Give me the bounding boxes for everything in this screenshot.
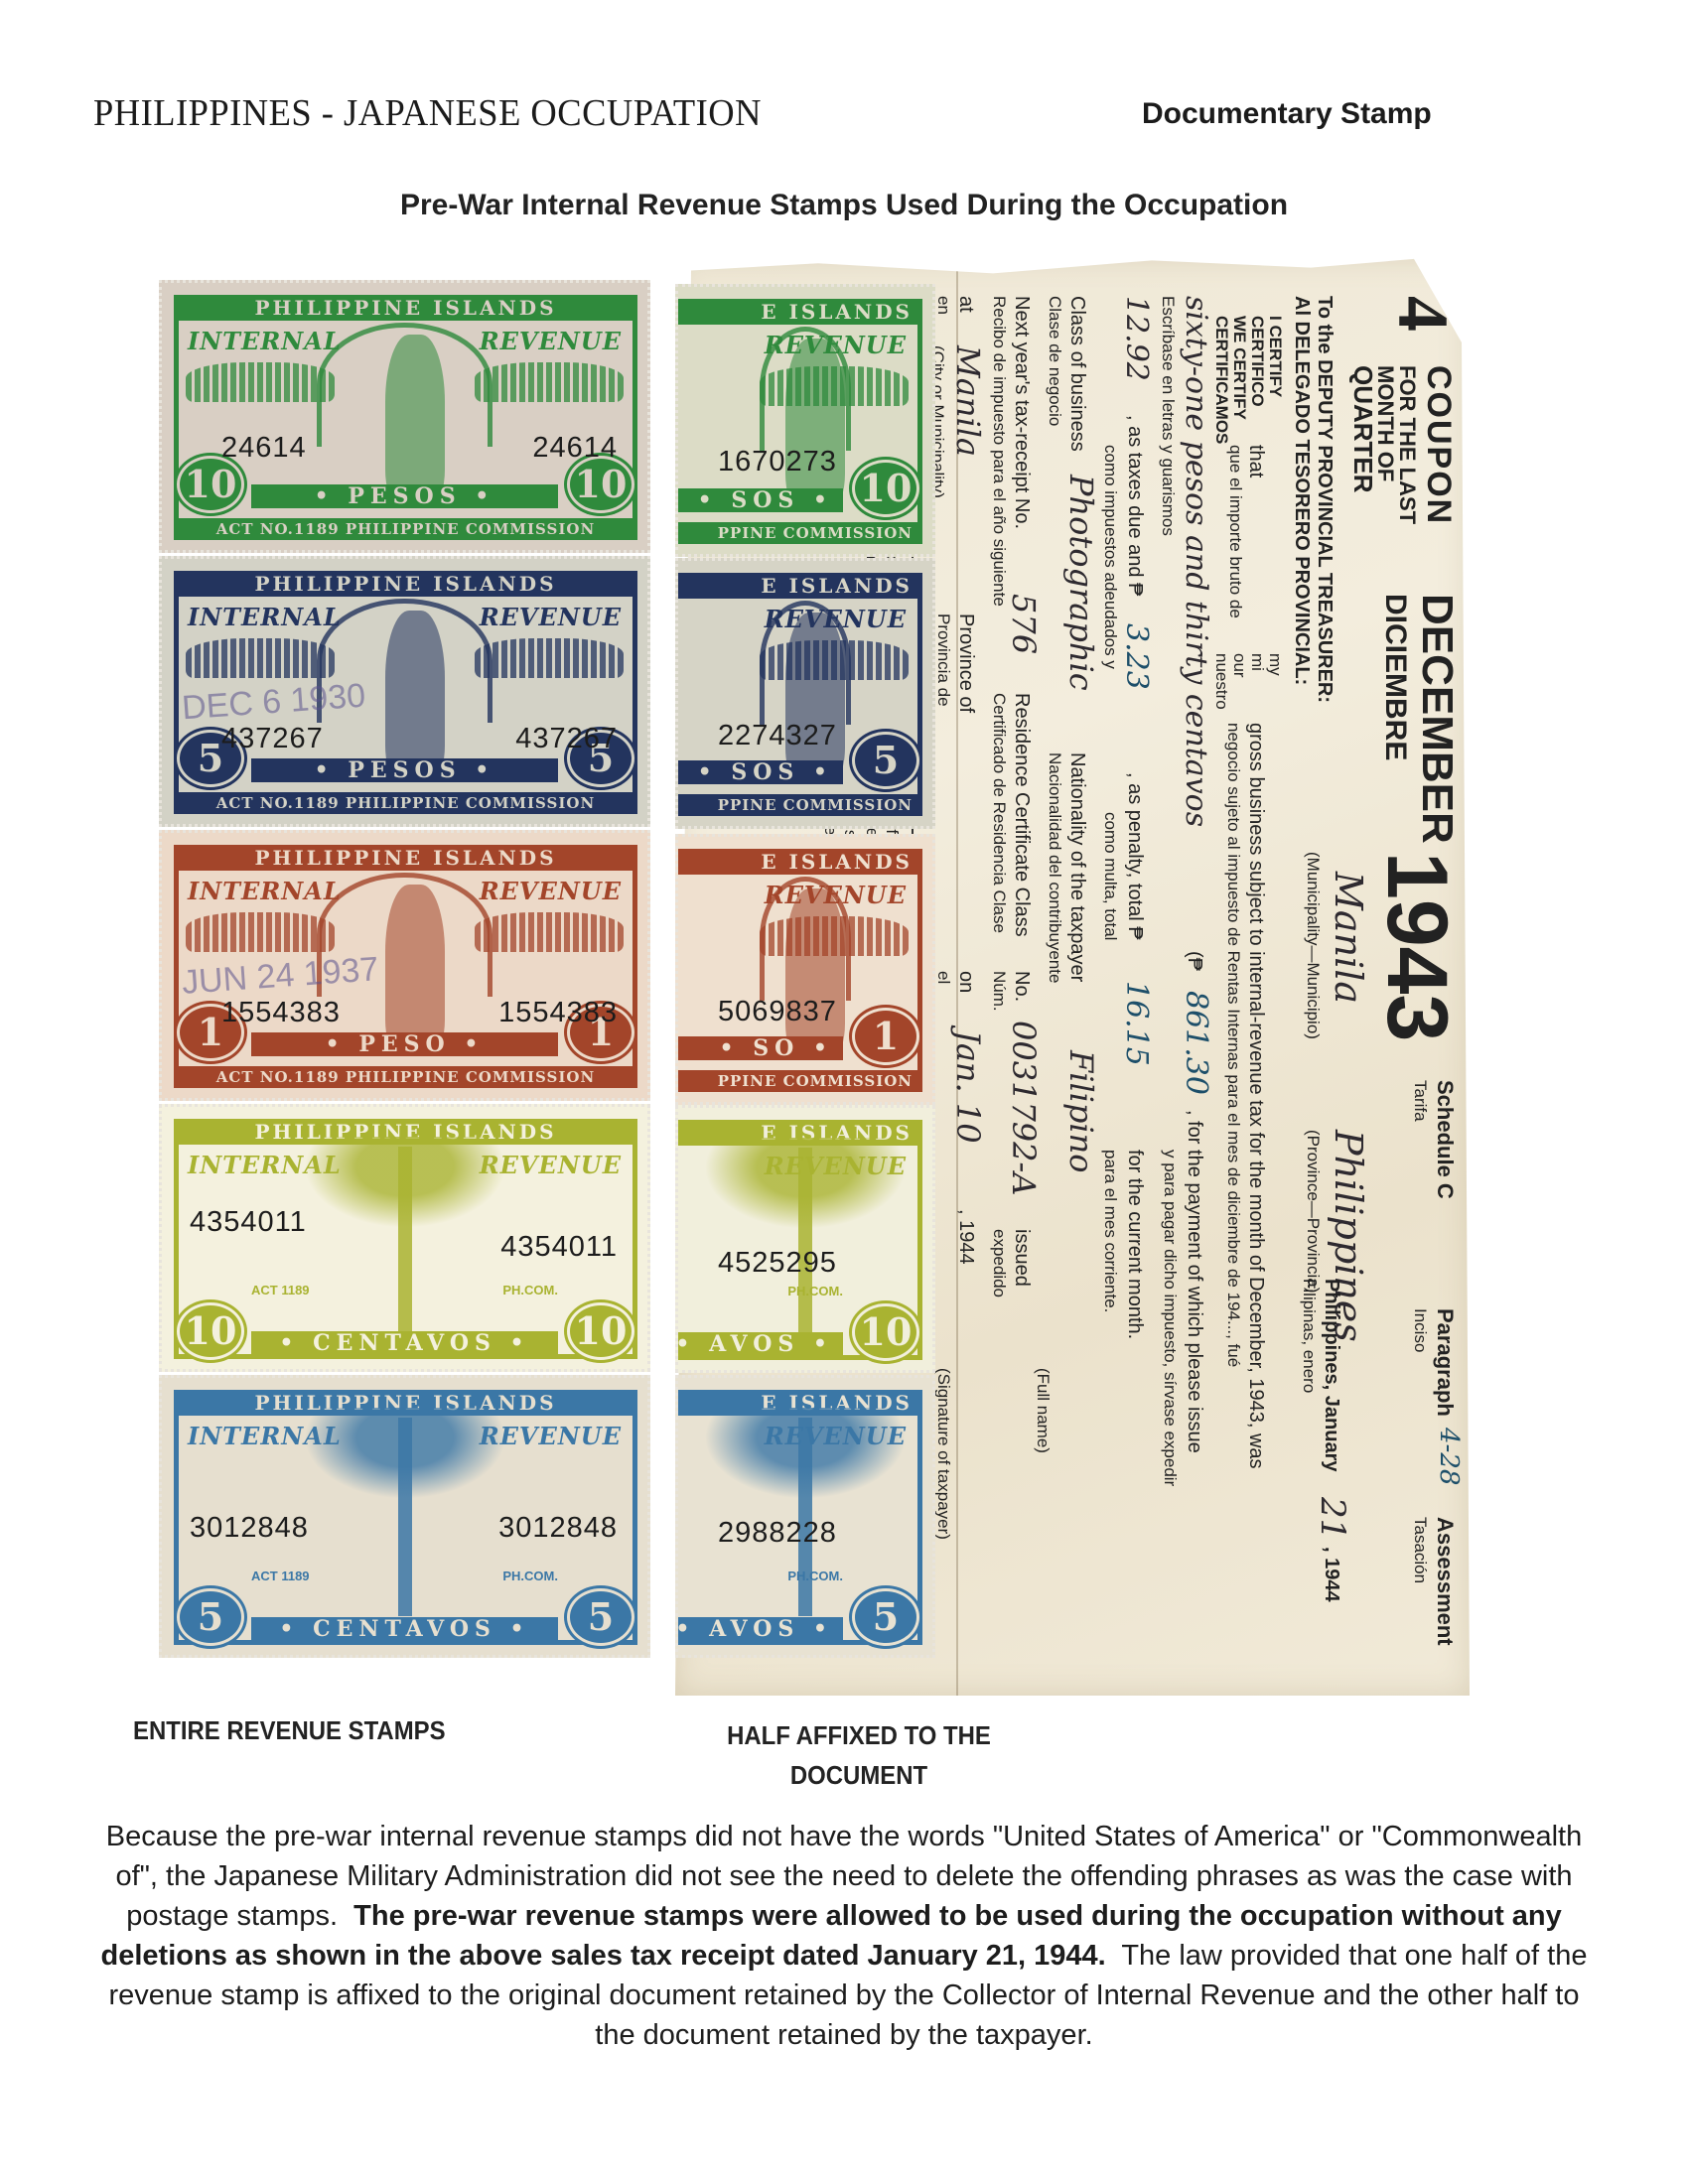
schedule-label: Schedule C — [1432, 1080, 1458, 1199]
eagle-icon — [186, 912, 335, 952]
provincia-de-label: Provincia de — [933, 614, 953, 707]
class-business-label: Class of business — [1065, 296, 1088, 452]
entire-stamp-3: PHILIPPINE ISLANDSINTERNALREVENUEACT NO.… — [159, 830, 650, 1101]
stamp-top-legend: E ISLANDS — [675, 849, 922, 875]
tarifa-label: Tarifa — [1410, 1080, 1430, 1122]
que-label: que el importe bruto de — [1225, 445, 1245, 618]
denomination-right: 5 — [855, 1591, 916, 1643]
nacionalidad-label: Nacionalidad del contribuyente — [1045, 752, 1064, 984]
stamp-top-legend: E ISLANDS — [675, 299, 922, 325]
internal-label: INTERNAL — [188, 327, 342, 355]
penalty-amount: 3.23 — [1119, 623, 1154, 690]
clase-label: Clase de negocio — [1045, 296, 1064, 426]
my-1: my — [1265, 653, 1285, 676]
eagle-icon — [186, 362, 335, 402]
at-value: Manila — [949, 345, 987, 457]
ph-com-label: PH.COM. — [502, 1283, 558, 1297]
serial-number-left: 4354011 — [190, 1206, 307, 1239]
current-month: for the current month. — [1123, 1150, 1146, 1339]
total-amount: 16.15 — [1119, 981, 1154, 1066]
act-legend: ACT NO.1189 PHILIPPINE COMMISSION — [174, 518, 637, 540]
allegorical-figure-icon — [385, 335, 445, 503]
payment-line: , for the payment of which please issue — [1183, 1110, 1205, 1453]
certify-3: WE CERTIFY — [1229, 316, 1249, 420]
serial-number-right: 24614 — [532, 432, 618, 465]
revenue-label: REVENUE — [480, 877, 622, 905]
cert-no-value: 0031792-A — [1005, 1021, 1043, 1195]
denomination-right: 1 — [855, 1011, 916, 1062]
municipality-value: Manila — [1327, 872, 1370, 1004]
value-legend: • PESOS • — [251, 484, 558, 508]
certify-1: I CERTIFY — [1265, 316, 1285, 397]
coupon-word: COUPON — [1419, 365, 1458, 525]
residence-label: Residence Certificate Class — [1010, 693, 1033, 937]
stamp-top-legend: PHILIPPINE ISLANDS — [174, 295, 637, 321]
internal-label: INTERNAL — [188, 603, 342, 631]
date-day: 21 — [1313, 1497, 1352, 1540]
serial-number: 5069837 — [718, 996, 837, 1028]
nationality-value: Filipino — [1062, 1050, 1100, 1173]
revenue-label: REVENUE — [765, 331, 907, 359]
my-2: mi — [1247, 653, 1267, 671]
next-year-label: Next year's tax-receipt No. — [1010, 296, 1033, 529]
class-value: Photographic — [1062, 475, 1100, 691]
serial-number: 4525295 — [718, 1247, 837, 1280]
num-label: Núm. — [989, 971, 1009, 1012]
expedido-label: expedido — [989, 1229, 1009, 1297]
serial-number-left: 3012848 — [190, 1512, 309, 1545]
serial-number-right: 4354011 — [500, 1231, 618, 1264]
al-line: Al DELEGADO TESORERO PROVINCIAL: — [1290, 296, 1313, 685]
filipinas-label: Filipinas, enero — [1299, 1279, 1319, 1393]
allegorical-figure-icon — [385, 611, 445, 779]
recibo-label: Recibo de impuesto para el año siguiente — [989, 296, 1009, 607]
nationality-label: Nationality of the taxpayer — [1065, 752, 1088, 982]
paragraph-label: Paragraph — [1432, 1308, 1458, 1417]
category-label: Documentary Stamp — [1142, 97, 1432, 131]
act-legend: PPINE COMMISSION — [675, 522, 922, 544]
coupon-number: 4 — [1381, 296, 1464, 332]
tasacion-label: Tasación — [1410, 1517, 1430, 1583]
value-legend: • PESOS • — [251, 758, 558, 782]
gross-line: gross business subject to internal-reven… — [1244, 723, 1267, 1469]
value-legend: • PESO • — [251, 1032, 558, 1056]
issued-label: issued — [1010, 1229, 1033, 1287]
description-paragraph: Because the pre-war internal revenue sta… — [89, 1817, 1599, 2055]
revenue-label: REVENUE — [480, 1422, 622, 1450]
revenue-label: REVENUE — [765, 1152, 907, 1180]
stamp-top-legend: PHILIPPINE ISLANDS — [174, 845, 637, 871]
ph-com-label: PH.COM. — [502, 1569, 558, 1583]
on-year: , 1944 — [954, 1209, 977, 1265]
month-english: DECEMBER — [1412, 594, 1462, 844]
serial-number: 2274327 — [718, 720, 837, 752]
serial-number: 1670273 — [718, 446, 837, 478]
denomination-right: 10 — [570, 1305, 632, 1357]
on-value: Jan. 10 — [949, 1030, 987, 1144]
en-label: en — [933, 296, 953, 315]
entire-stamp-4: PHILIPPINE ISLANDSINTERNALREVENUEACT 118… — [159, 1104, 650, 1372]
impuestos-label: como impuestos adeudados y — [1100, 445, 1120, 669]
act-small-label: ACT 1189 — [251, 1569, 310, 1583]
to-line: To the DEPUTY PROVINCIAL TREASURER: — [1313, 296, 1336, 703]
value-legend: • SO • — [675, 1036, 843, 1060]
allegorical-figure-icon — [385, 885, 445, 1053]
half-stamp-1: E ISLANDSREVENUEPPINE COMMISSION10• SOS … — [675, 284, 935, 557]
revenue-label: REVENUE — [765, 881, 907, 909]
eagle-icon — [186, 638, 335, 678]
province-label: (Province—Provincia) — [1303, 1130, 1323, 1293]
act-legend: ACT NO.1189 PHILIPPINE COMMISSION — [174, 1066, 637, 1088]
eagle-icon — [760, 640, 909, 680]
value-legend: • CENTAVOS • — [251, 1331, 558, 1355]
gross-amount-prefix: (₱ — [1183, 951, 1205, 971]
eagle-icon — [760, 366, 909, 406]
act-legend: PPINE COMMISSION — [675, 794, 922, 816]
inciso-label: Inciso — [1410, 1308, 1430, 1352]
residencia-label: Certificado de Residencia Clase — [989, 693, 1009, 933]
eagle-icon — [475, 362, 624, 402]
half-stamp-2: E ISLANDSREVENUEPPINE COMMISSION5• SOS •… — [675, 558, 935, 829]
denomination-right: 10 — [855, 1306, 916, 1358]
denomination-left: 5 — [180, 1591, 241, 1643]
certify-4: CERTIFICAMOS — [1211, 316, 1231, 444]
my-4: nuestro — [1211, 653, 1231, 710]
half-stamp-5: E ISLANDSREVENUEPH.COM.5• AVOS •2988228 — [675, 1375, 935, 1658]
denomination-left: 10 — [180, 1305, 241, 1357]
province-of-label: Province of — [954, 614, 977, 713]
stamp-top-legend: E ISLANDS — [675, 573, 922, 599]
coupon-sub-3: QUARTER — [1352, 365, 1374, 493]
page-title: PHILIPPINES - JAPANESE OCCUPATION — [93, 91, 762, 135]
mes-corriente: para el mes corriente. — [1100, 1150, 1120, 1312]
gross-line-es: negocio sujeto al impuesto de Rentas Int… — [1223, 723, 1243, 1367]
serial-number: 2988228 — [718, 1517, 837, 1550]
as-penalty-label: , as penalty, total ₱ — [1123, 772, 1146, 940]
gross-amount: 861.30 — [1179, 991, 1213, 1095]
internal-label: INTERNAL — [188, 877, 342, 905]
serial-number-right: 437267 — [515, 723, 618, 755]
receipt-value: 576 — [1005, 594, 1043, 654]
tax-amount: 12.92 — [1119, 296, 1154, 381]
internal-label: INTERNAL — [188, 1422, 342, 1450]
allegorical-figure-icon — [785, 339, 845, 507]
serial-number-right: 1554383 — [498, 997, 618, 1029]
serial-number-left: 1554383 — [221, 997, 341, 1029]
on-label: on — [954, 971, 977, 993]
at-label: at — [954, 296, 977, 313]
assessment-label: Assessment — [1432, 1517, 1458, 1646]
eagle-icon — [760, 916, 909, 956]
eagle-icon — [475, 638, 624, 678]
ph-com-label: PH.COM. — [787, 1569, 843, 1583]
page-subtitle: Pre-War Internal Revenue Stamps Used Dur… — [0, 189, 1688, 222]
date-year: , 1944 — [1320, 1547, 1342, 1602]
amount-in-words: sixty-one pesos and thirty centavos — [1179, 296, 1213, 827]
coupon-year: 1943 — [1367, 852, 1466, 1041]
caption-half-affixed: HALF AFFIXED TO THE DOCUMENT — [690, 1715, 1028, 1795]
act-legend: ACT NO.1189 PHILIPPINE COMMISSION — [174, 792, 637, 814]
entire-stamp-1: PHILIPPINE ISLANDSINTERNALREVENUEACT NO.… — [159, 280, 650, 553]
denomination-right: 5 — [855, 735, 916, 786]
month-spanish: DICIEMBRE — [1378, 594, 1412, 760]
value-legend: • CENTAVOS • — [251, 1617, 558, 1641]
taxes-due-label: , as taxes due and ₱ — [1123, 415, 1146, 596]
cert-no-label: No. — [1010, 971, 1033, 1002]
denomination-right: 10 — [855, 463, 916, 514]
stamp-top-legend: PHILIPPINE ISLANDS — [174, 571, 637, 597]
multa-label: como multa, total — [1100, 812, 1120, 940]
revenue-label: REVENUE — [480, 327, 622, 355]
denomination-right: 10 — [570, 459, 632, 510]
act-small-label: ACT 1189 — [251, 1283, 310, 1297]
entire-stamp-5: PHILIPPINE ISLANDSINTERNALREVENUEACT 118… — [159, 1375, 650, 1658]
value-legend: • AVOS • — [675, 1332, 843, 1356]
value-legend: • SOS • — [675, 488, 843, 512]
philippines-date-label: Philippines, January — [1320, 1279, 1342, 1472]
full-name-label: (Full name) — [1033, 1368, 1053, 1453]
municipality-label: (Municipality—Municipio) — [1303, 852, 1323, 1039]
el-label: el — [933, 971, 953, 984]
denomination-left: 10 — [180, 459, 241, 510]
half-stamp-3: E ISLANDSREVENUEPPINE COMMISSION1• SO •5… — [675, 834, 935, 1105]
allegorical-figure-icon — [785, 888, 845, 1057]
paragraph-value: 4-28 — [1434, 1428, 1464, 1485]
that-label: that — [1244, 445, 1267, 478]
allegorical-figure-icon — [785, 613, 845, 781]
serial-number-left: 437267 — [221, 723, 324, 755]
denomination-right: 5 — [570, 1591, 632, 1643]
revenue-label: REVENUE — [480, 603, 622, 631]
certify-2: CERTIFICO — [1247, 316, 1267, 407]
letras-label: Escríbase en letras y guarismos — [1158, 296, 1178, 536]
serial-number-left: 24614 — [221, 432, 307, 465]
value-legend: • AVOS • — [675, 1617, 843, 1641]
revenue-label: REVENUE — [765, 1422, 907, 1450]
signature-label: (Signature of taxpayer) — [933, 1368, 953, 1540]
my-3: our — [1229, 653, 1249, 678]
eagle-icon — [475, 912, 624, 952]
revenue-label: REVENUE — [765, 605, 907, 633]
caption-entire-stamps: ENTIRE REVENUE STAMPS — [133, 1715, 446, 1746]
act-legend: PPINE COMMISSION — [675, 1070, 922, 1092]
payment-es: y para pagar dicho impuesto, sírvase exp… — [1160, 1150, 1180, 1486]
ph-com-label: PH.COM. — [787, 1284, 843, 1298]
entire-stamp-2: PHILIPPINE ISLANDSINTERNALREVENUEACT NO.… — [159, 556, 650, 827]
revenue-label: REVENUE — [480, 1151, 622, 1179]
half-stamp-4: E ISLANDSREVENUEPH.COM.10• AVOS •4525295 — [675, 1105, 935, 1373]
value-legend: • SOS • — [675, 760, 843, 784]
internal-label: INTERNAL — [188, 1151, 342, 1179]
serial-number-right: 3012848 — [498, 1512, 618, 1545]
coupon-sub-1: FOR THE LAST — [1396, 365, 1418, 524]
